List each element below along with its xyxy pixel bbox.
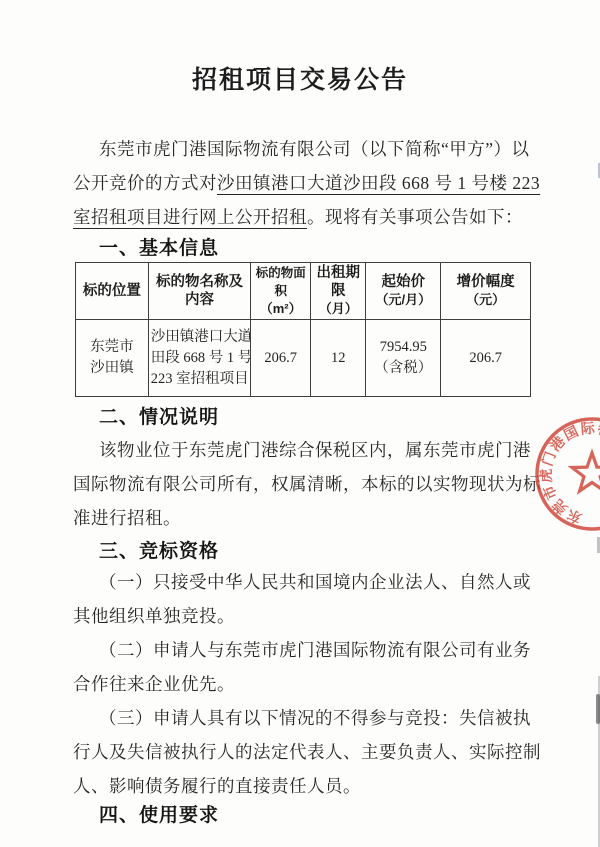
cell-name-line: 223 室招租项目 bbox=[151, 369, 248, 390]
header-term: 出租期限（月） bbox=[311, 263, 366, 320]
situation-paragraph-line: 准进行招租。 bbox=[73, 501, 527, 535]
cell-area: 206.7 bbox=[251, 320, 311, 397]
cell-name: 沙田镇港口大道沙田段 668 号 1 号楼223 室招租项目 bbox=[148, 320, 250, 397]
document-title: 招租项目交易公告 bbox=[73, 0, 527, 98]
basic-info-table: 标的位置 标的物名称及内容 标的物面积（m²） 出租期限（月） 起始价（元/月）… bbox=[75, 262, 531, 397]
scan-artifact-edge-blob bbox=[596, 694, 600, 724]
qualification-item-2: （二）申请人与东莞市虎门港国际物流有限公司有业务合作往来企业优先。 bbox=[73, 633, 527, 701]
qualification-item-3-line: （三）申请人具有以下情况的不得参与竞投：失信被执 bbox=[73, 701, 527, 735]
header-area: 标的物面积（m²） bbox=[251, 263, 311, 320]
document-page: 招租项目交易公告 东莞市虎门港国际物流有限公司（以下简称“甲方”）以公开竞价的方… bbox=[0, 0, 600, 847]
situation-paragraph: 该物业位于东莞虎门港综合保税区内，属东莞市虎门港国际物流有限公司所有，权属清晰，… bbox=[73, 433, 527, 535]
cell-name-line: 沙田镇港口大道沙 bbox=[151, 327, 248, 348]
intro-paragraph-line: 东莞市虎门港国际物流有限公司（以下简称“甲方”）以 bbox=[73, 132, 527, 166]
intro-paragraph: 东莞市虎门港国际物流有限公司（以下简称“甲方”）以公开竞价的方式对沙田镇港口大道… bbox=[73, 132, 527, 234]
cell-name-line: 田段 668 号 1 号楼 bbox=[151, 348, 248, 369]
document-content: 招租项目交易公告 东莞市虎门港国际物流有限公司（以下简称“甲方”）以公开竞价的方… bbox=[0, 0, 600, 829]
qualification-item-3: （三）申请人具有以下情况的不得参与竞投：失信被执行人及失信被执行人的法定代表人、… bbox=[73, 701, 527, 803]
heading-situation: 二、情况说明 bbox=[73, 405, 527, 431]
qualification-item-1-line: （一）只接受中华人民共和国境内企业法人、自然人或 bbox=[73, 565, 527, 599]
situation-paragraph-line: 该物业位于东莞虎门港综合保税区内，属东莞市虎门港 bbox=[73, 433, 527, 467]
header-start-price: 起始价（元/月） bbox=[366, 263, 441, 320]
intro-paragraph-line: 室招租项目进行网上公开招租。现将有关事项公告如下： bbox=[73, 200, 527, 234]
table-data-row: 东莞市沙田镇 沙田镇港口大道沙田段 668 号 1 号楼223 室招租项目 20… bbox=[76, 320, 531, 397]
header-increment: 增价幅度（元） bbox=[441, 263, 531, 320]
qualification-item-2-line: （二）申请人与东莞市虎门港国际物流有限公司有业务 bbox=[73, 633, 527, 667]
heading-qualification: 三、竞标资格 bbox=[73, 539, 527, 565]
qualification-item-1-line: 其他组织单独竞投。 bbox=[73, 599, 527, 633]
situation-paragraph-line: 国际物流有限公司所有，权属清晰，本标的以实物现状为标 bbox=[73, 467, 527, 501]
text-segment: 。现将有关事项公告如下： bbox=[307, 207, 523, 227]
text-segment: 东莞市虎门港国际物流有限公司（以下简称“甲方”）以 bbox=[99, 139, 530, 159]
cell-term: 12 bbox=[311, 320, 366, 397]
cell-increment: 206.7 bbox=[441, 320, 531, 397]
cell-location: 东莞市沙田镇 bbox=[76, 320, 149, 397]
intro-paragraph-line: 公开竞价的方式对沙田镇港口大道沙田段 668 号 1 号楼 223 bbox=[73, 166, 527, 200]
qualification-item-3-line: 行人及失信被执行人的法定代表人、主要负责人、实际控制 bbox=[73, 735, 527, 769]
qualification-item-1: （一）只接受中华人民共和国境内企业法人、自然人或其他组织单独竞投。 bbox=[73, 565, 527, 633]
cell-location-line: 沙田镇 bbox=[78, 358, 146, 379]
header-name: 标的物名称及内容 bbox=[148, 263, 250, 320]
header-location: 标的位置 bbox=[76, 263, 149, 320]
qualification-item-3-line: 人、影响债务履行的直接责任人员。 bbox=[73, 769, 527, 803]
heading-basic-info: 一、基本信息 bbox=[73, 236, 527, 262]
underlined-text-segment: 室招租项目进行网上公开招租 bbox=[73, 207, 307, 227]
qualification-item-2-line: 合作往来企业优先。 bbox=[73, 667, 527, 701]
underlined-text-segment: 沙田镇港口大道沙田段 668 号 1 号楼 223 bbox=[217, 173, 540, 193]
cell-location-line: 东莞市 bbox=[78, 337, 146, 358]
heading-usage: 四、使用要求 bbox=[73, 803, 527, 829]
text-segment: 公开竞价的方式对 bbox=[73, 173, 217, 193]
cell-start-price-line: （含税） bbox=[368, 358, 438, 379]
cell-start-price-line: 7954.95 bbox=[368, 337, 438, 358]
cell-start-price: 7954.95（含税） bbox=[366, 320, 441, 397]
table-header-row: 标的位置 标的物名称及内容 标的物面积（m²） 出租期限（月） 起始价（元/月）… bbox=[76, 263, 531, 320]
